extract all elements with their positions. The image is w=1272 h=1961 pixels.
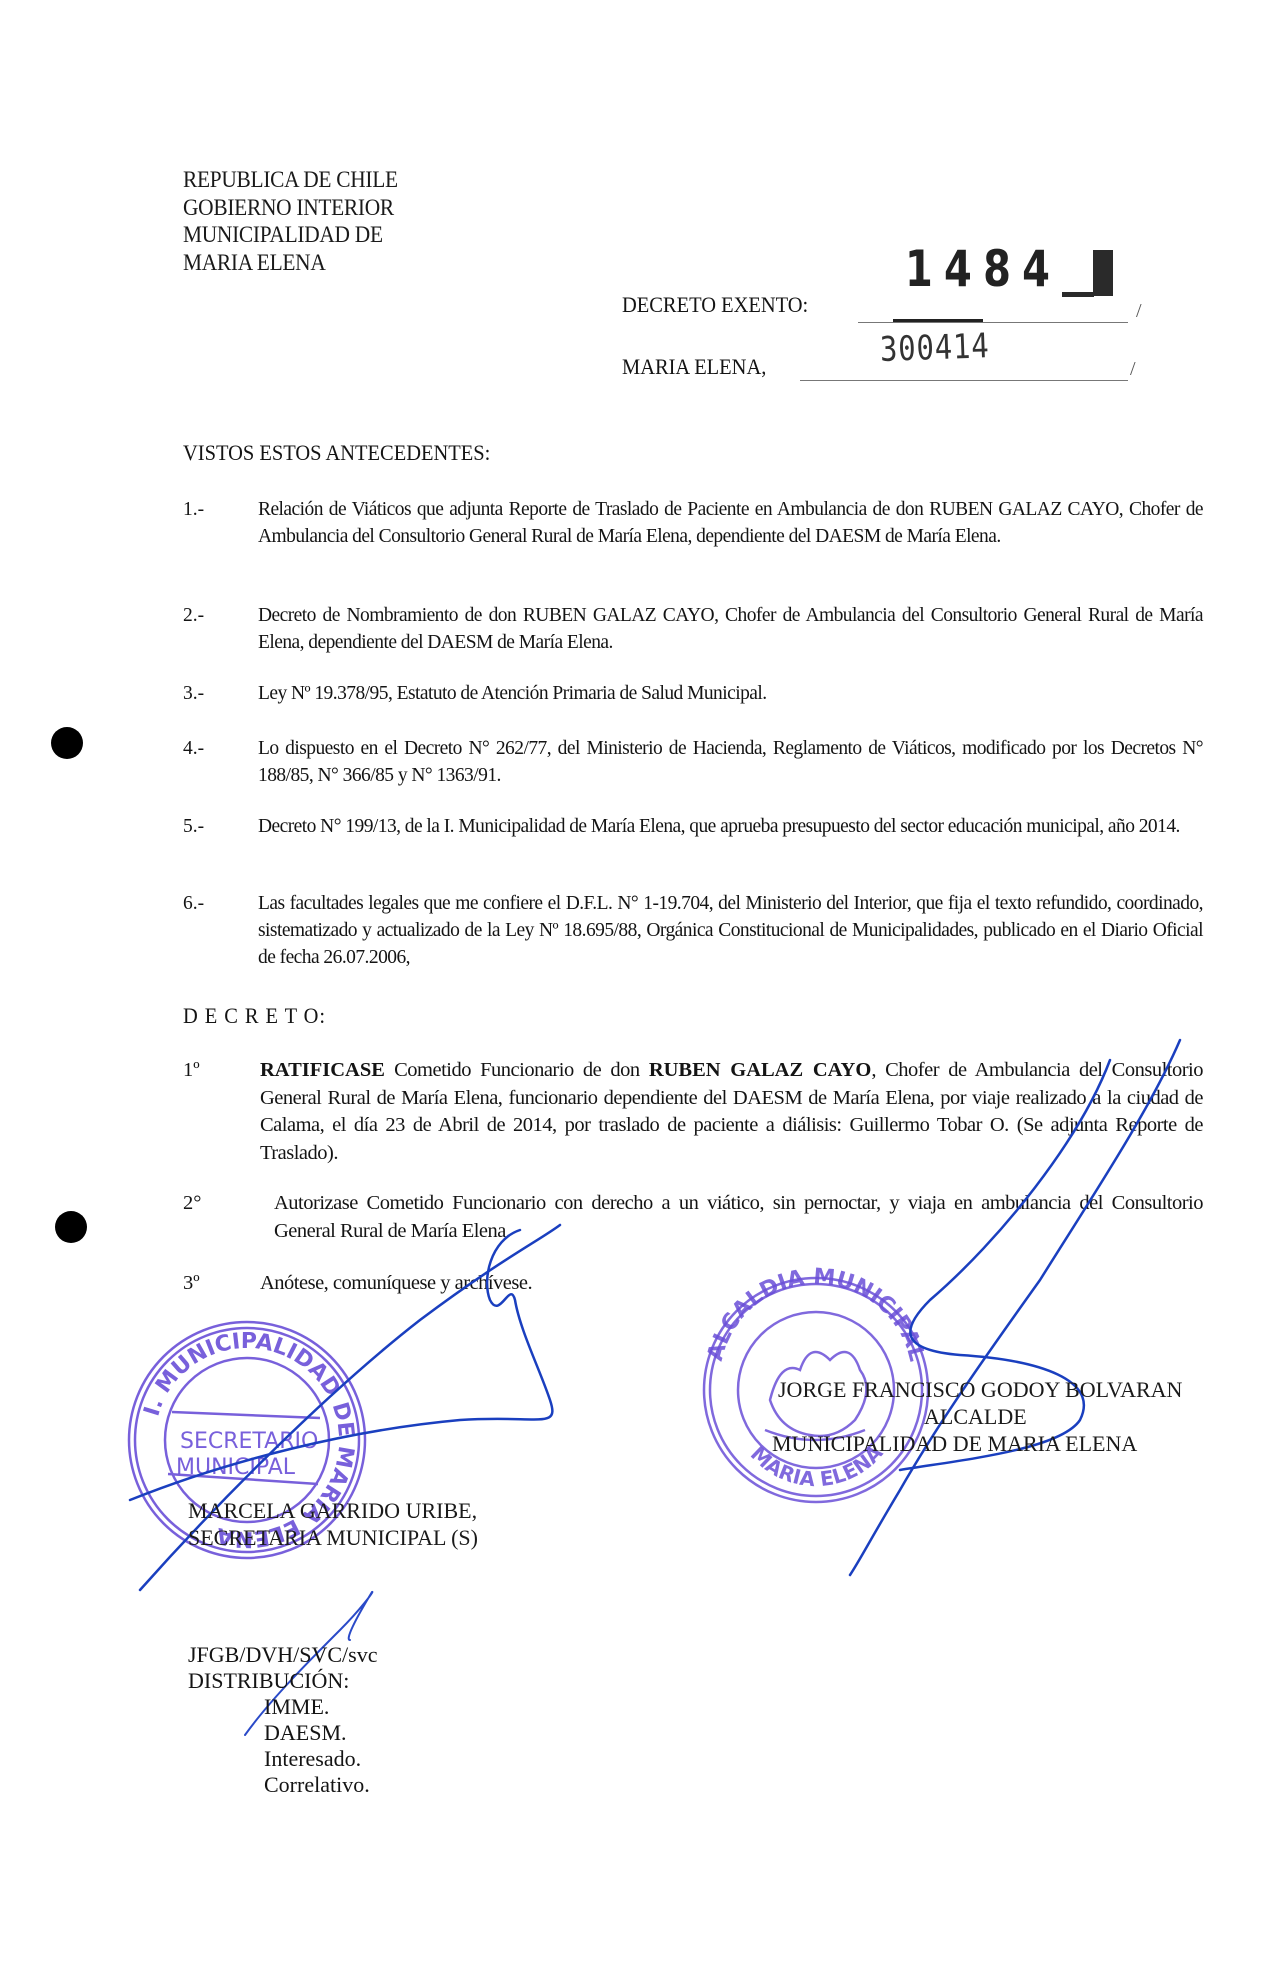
distribution-block: JFGB/DVH/SVC/svc DISTRIBUCIÓN: IMME. DAE… bbox=[188, 1642, 377, 1798]
item-text: Las facultades legales que me confiere e… bbox=[258, 890, 1203, 971]
item-text: Decreto de Nombramiento de don RUBEN GAL… bbox=[258, 602, 1203, 656]
number-underline-mark bbox=[893, 319, 983, 322]
svg-text:MUNICIPAL: MUNICIPAL bbox=[176, 1455, 296, 1480]
item-number: 3.- bbox=[183, 680, 204, 707]
article-text: Autorizase Cometido Funcionario con dere… bbox=[274, 1190, 1203, 1245]
secretary-signature-block: MARCELA GARRIDO URIBE, SECRETARIA MUNICI… bbox=[188, 1497, 478, 1551]
decree-article: 2° Autorizase Cometido Funcionario con d… bbox=[183, 1190, 1203, 1245]
header-line: GOBIERNO INTERIOR bbox=[183, 194, 398, 222]
item-text: Lo dispuesto en el Decreto N° 262/77, de… bbox=[258, 735, 1203, 789]
article-number: 2° bbox=[183, 1190, 201, 1218]
distribution-label: DISTRIBUCIÓN: bbox=[188, 1668, 377, 1694]
secretary-title: SECRETARIA MUNICIPAL (S) bbox=[188, 1524, 478, 1551]
item-number: 2.- bbox=[183, 602, 204, 629]
date-stamp: 300414 bbox=[879, 326, 990, 370]
decree-article: 3º Anótese, comuníquese y archívese. bbox=[183, 1270, 1203, 1298]
article-text: Anótese, comuníquese y archívese. bbox=[260, 1270, 1203, 1298]
article-number: 1º bbox=[183, 1057, 200, 1085]
place-label: MARIA ELENA, bbox=[622, 354, 766, 380]
decree-number: 1484 bbox=[905, 240, 1061, 298]
item-number: 5.- bbox=[183, 813, 204, 840]
header-line: REPUBLICA DE CHILE bbox=[183, 166, 398, 194]
slash-mark: / bbox=[1130, 358, 1136, 381]
secretary-name: MARCELA GARRIDO URIBE, bbox=[188, 1497, 478, 1524]
number-stamp-mark bbox=[1062, 292, 1094, 297]
issuer-header: REPUBLICA DE CHILE GOBIERNO INTERIOR MUN… bbox=[183, 166, 414, 276]
number-stamp-mark bbox=[1093, 250, 1113, 296]
header-line: MUNICIPALIDAD DE bbox=[183, 221, 398, 249]
initials-reference: JFGB/DVH/SVC/svc bbox=[188, 1642, 377, 1668]
antecedent-item: 2.- Decreto de Nombramiento de don RUBEN… bbox=[183, 602, 1203, 656]
antecedent-item: 6.- Las facultades legales que me confie… bbox=[183, 890, 1203, 971]
item-text: Relación de Viáticos que adjunta Reporte… bbox=[258, 496, 1203, 550]
mayor-title: ALCALDE bbox=[924, 1403, 1182, 1430]
mayor-signature-block: JORGE FRANCISCO GODOY BOLVARAN ALCALDE M… bbox=[778, 1376, 1182, 1457]
mayor-name: JORGE FRANCISCO GODOY BOLVARAN bbox=[778, 1376, 1182, 1403]
item-number: 4.- bbox=[183, 735, 204, 762]
svg-text:SECRETARIO: SECRETARIO bbox=[180, 1429, 318, 1454]
decreto-title: D E C R E T O: bbox=[183, 1003, 326, 1029]
slash-mark: / bbox=[1136, 300, 1142, 323]
mayor-organization: MUNICIPALIDAD DE MARIA ELENA bbox=[772, 1430, 1182, 1457]
article-text: RATIFICASE Cometido Funcionario de don R… bbox=[260, 1057, 1203, 1167]
distribution-item: Interesado. bbox=[264, 1746, 377, 1772]
distribution-item: Correlativo. bbox=[264, 1772, 377, 1798]
item-text: Ley Nº 19.378/95, Estatuto de Atención P… bbox=[258, 680, 1203, 707]
antecedent-item: 1.- Relación de Viáticos que adjunta Rep… bbox=[183, 496, 1203, 550]
punch-hole-bottom bbox=[55, 1211, 87, 1243]
decreto-exento-label: DECRETO EXENTO: bbox=[622, 292, 808, 318]
article-number: 3º bbox=[183, 1270, 200, 1298]
punch-hole-top bbox=[51, 727, 83, 759]
decree-article: 1º RATIFICASE Cometido Funcionario de do… bbox=[183, 1057, 1203, 1167]
item-text: Decreto N° 199/13, de la I. Municipalida… bbox=[258, 813, 1203, 840]
date-underline bbox=[800, 380, 1128, 381]
antecedent-item: 3.- Ley Nº 19.378/95, Estatuto de Atenci… bbox=[183, 680, 1203, 707]
decree-number-underline bbox=[858, 322, 1128, 323]
item-number: 1.- bbox=[183, 496, 204, 523]
antecedent-item: 4.- Lo dispuesto en el Decreto N° 262/77… bbox=[183, 735, 1203, 789]
item-number: 6.- bbox=[183, 890, 204, 917]
header-line: MARIA ELENA bbox=[183, 249, 398, 277]
antecedent-item: 5.- Decreto N° 199/13, de la I. Municipa… bbox=[183, 813, 1203, 840]
distribution-item: DAESM. bbox=[264, 1720, 377, 1746]
distribution-item: IMME. bbox=[264, 1694, 377, 1720]
employee-name: RUBEN GALAZ CAYO bbox=[649, 1059, 872, 1081]
vistos-title: VISTOS ESTOS ANTECEDENTES: bbox=[183, 440, 490, 466]
ratificase-keyword: RATIFICASE bbox=[260, 1059, 385, 1081]
